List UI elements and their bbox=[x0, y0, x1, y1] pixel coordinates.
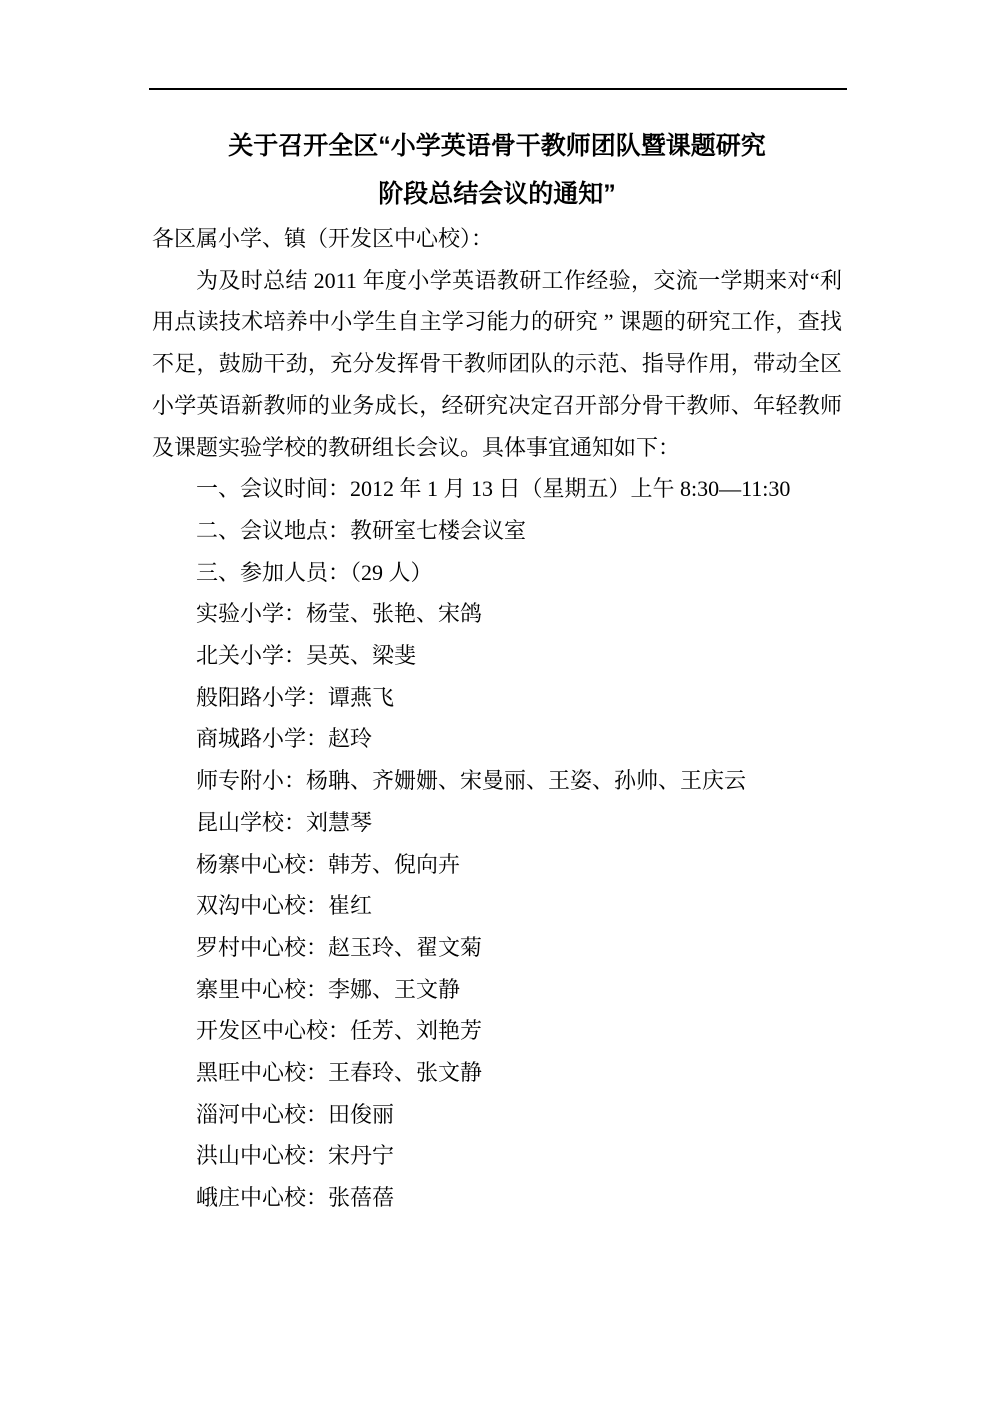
participant-line: 峨庄中心校：张蓓蓓 bbox=[152, 1177, 842, 1219]
salutation-line: 各区属小学、镇（开发区中心校）： bbox=[152, 218, 842, 260]
meeting-detail-line: 一、会议时间：2012 年 1 月 13 日（星期五）上午 8:30—11:30 bbox=[152, 468, 842, 510]
document-body: 各区属小学、镇（开发区中心校）： 为及时总结 2011 年度小学英语教研工作经验… bbox=[152, 218, 842, 1219]
participant-line: 寨里中心校：李娜、王文静 bbox=[152, 969, 842, 1011]
participant-line: 开发区中心校：任芳、刘艳芳 bbox=[152, 1010, 842, 1052]
document-title-line-2: 阶段总结会议的通知” bbox=[152, 170, 842, 218]
meeting-details-list: 一、会议时间：2012 年 1 月 13 日（星期五）上午 8:30—11:30… bbox=[152, 468, 842, 593]
participant-line: 黑旺中心校：王春玲、张文静 bbox=[152, 1052, 842, 1094]
document-page: 关于召开全区“小学英语骨干教师团队暨课题研究 阶段总结会议的通知” 各区属小学、… bbox=[0, 0, 993, 1404]
participant-line: 北关小学：吴英、梁斐 bbox=[152, 635, 842, 677]
participant-line: 洪山中心校：宋丹宁 bbox=[152, 1135, 842, 1177]
intro-paragraph: 为及时总结 2011 年度小学英语教研工作经验，交流一学期来对“利用点读技术培养… bbox=[152, 260, 842, 469]
participant-line: 罗村中心校：赵玉玲、翟文菊 bbox=[152, 927, 842, 969]
participant-line: 般阳路小学：谭燕飞 bbox=[152, 677, 842, 719]
document-title: 关于召开全区“小学英语骨干教师团队暨课题研究 阶段总结会议的通知” bbox=[152, 122, 842, 218]
document-content: 关于召开全区“小学英语骨干教师团队暨课题研究 阶段总结会议的通知” 各区属小学、… bbox=[152, 0, 842, 1219]
participant-line: 双沟中心校：崔红 bbox=[152, 885, 842, 927]
participant-line: 昆山学校：刘慧琴 bbox=[152, 802, 842, 844]
participant-line: 商城路小学：赵玲 bbox=[152, 718, 842, 760]
participants-list: 实验小学：杨莹、张艳、宋鸽北关小学：吴英、梁斐般阳路小学：谭燕飞商城路小学：赵玲… bbox=[152, 593, 842, 1219]
meeting-detail-line: 三、参加人员：（29 人） bbox=[152, 552, 842, 594]
meeting-detail-line: 二、会议地点：教研室七楼会议室 bbox=[152, 510, 842, 552]
participant-line: 师专附小：杨聃、齐姗姗、宋曼丽、王姿、孙帅、王庆云 bbox=[152, 760, 842, 802]
document-title-line-1: 关于召开全区“小学英语骨干教师团队暨课题研究 bbox=[152, 122, 842, 170]
participant-line: 实验小学：杨莹、张艳、宋鸽 bbox=[152, 593, 842, 635]
participant-line: 淄河中心校：田俊丽 bbox=[152, 1094, 842, 1136]
participant-line: 杨寨中心校：韩芳、倪向卉 bbox=[152, 844, 842, 886]
